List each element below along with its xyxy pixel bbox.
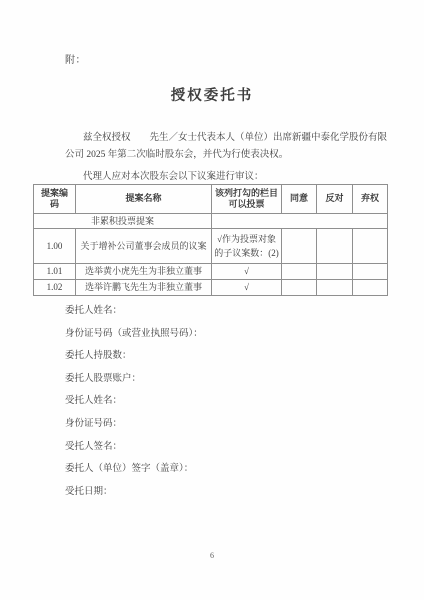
header-abstain: 弃权	[353, 185, 388, 214]
proposal-code: 1.01	[34, 264, 76, 280]
signature-fields: 委托人姓名： 身份证号码（或营业执照号码）： 委托人持股数： 委托人股票账户： …	[65, 300, 203, 503]
vote-eligibility-cell: √	[212, 264, 282, 280]
attachment-label: 附：	[65, 51, 86, 66]
vote-eligibility-cell: √	[212, 280, 282, 296]
table-row: 1.02 选举许鹏飞先生为非独立董事 √	[34, 280, 388, 296]
agree-cell	[282, 280, 317, 296]
review-note: 代理人应对本次股东会以下议案进行审议：	[83, 168, 264, 182]
table-row: 1.00 关于增补公司董事会成员的议案 √作为投票对象 的子议案数：(2)	[34, 229, 388, 264]
abstain-cell	[353, 264, 388, 280]
field-id-or-license-number: 身份证号码（或营业执照号码）：	[65, 323, 203, 346]
section-empty-cell	[212, 214, 388, 229]
header-proposal-code: 提案编 码	[34, 185, 76, 214]
intro-paragraph: 兹全权授权 先生／女士代表本人（单位）出席新疆中泰化学股份有限 公司 2025 …	[65, 130, 395, 164]
field-trustee-signature: 受托人签名：	[65, 436, 203, 459]
header-agree: 同意	[282, 185, 317, 214]
agree-cell	[282, 264, 317, 280]
header-against: 反对	[317, 185, 353, 214]
table-row: 1.01 选举黄小虎先生为非独立董事 √	[34, 264, 388, 280]
field-trustee-name: 受托人姓名：	[65, 390, 203, 413]
field-principal-seal-signature: 委托人（单位）签字（盖章）：	[65, 458, 203, 481]
section-row-noncumulative: 非累积投票提案	[34, 214, 388, 229]
proposal-name: 选举许鹏飞先生为非独立董事	[76, 280, 212, 296]
proposal-code: 1.00	[34, 229, 76, 264]
table-header-row: 提案编 码 提案名称 该列打勾的栏目 可以投票 同意 反对 弃权	[34, 185, 388, 214]
abstain-cell	[353, 280, 388, 296]
proposal-name: 选举黄小虎先生为非独立董事	[76, 264, 212, 280]
header-proposal-name: 提案名称	[76, 185, 212, 214]
header-vote-column-note: 该列打勾的栏目 可以投票	[212, 185, 282, 214]
proposal-voting-table: 提案编 码 提案名称 该列打勾的栏目 可以投票 同意 反对 弃权 非累积投票提案…	[33, 184, 388, 296]
intro-line-2: 公司 2025 年第二次临时股东会，并代为行使表决权。	[65, 147, 395, 164]
against-cell	[317, 280, 353, 296]
field-trustee-id-number: 身份证号码：	[65, 413, 203, 436]
proxy-authorization-document: 附： 授权委托书 兹全权授权 先生／女士代表本人（单位）出席新疆中泰化学股份有限…	[0, 0, 424, 600]
page-number: 6	[0, 551, 424, 560]
agree-cell	[282, 229, 317, 264]
proposal-code: 1.02	[34, 280, 76, 296]
field-principal-stock-account: 委托人股票账户：	[65, 368, 203, 391]
against-cell	[317, 264, 353, 280]
against-cell	[317, 229, 353, 264]
proposal-name: 关于增补公司董事会成员的议案	[76, 229, 212, 264]
abstain-cell	[353, 229, 388, 264]
field-entrust-date: 受托日期：	[65, 481, 203, 504]
field-principal-shareholding: 委托人持股数：	[65, 345, 203, 368]
field-principal-name: 委托人姓名：	[65, 300, 203, 323]
page-title: 授权委托书	[0, 84, 424, 105]
intro-line-1: 兹全权授权 先生／女士代表本人（单位）出席新疆中泰化学股份有限	[65, 130, 395, 147]
vote-eligibility-cell: √作为投票对象 的子议案数：(2)	[212, 229, 282, 264]
section-label: 非累积投票提案	[34, 214, 212, 229]
